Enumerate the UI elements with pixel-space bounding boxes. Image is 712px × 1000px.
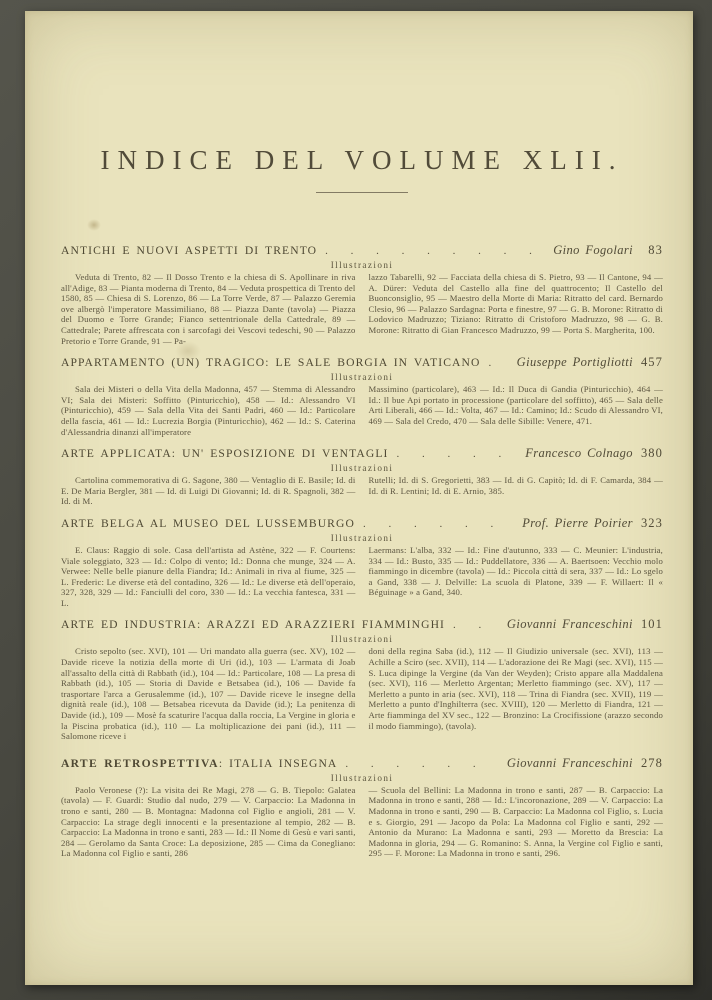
entry-author: Giovanni Franceschini [499,756,633,771]
entry-title: ARTE ED INDUSTRIA: ARAZZI ED ARAZZIERI F… [61,618,445,631]
entry-author: Giuseppe Portigliotti [509,355,633,370]
scanned-index-page: INDICE DEL VOLUME XLII. ANTICHI E NUOVI … [25,11,693,985]
illustrations-text: Sala dei Misteri o della Vita della Mado… [61,384,356,437]
illustrations-columns: E. Claus: Raggio di sole. Casa dell'arti… [61,545,663,609]
entry-page-number: 380 [633,446,663,461]
entry-author: Giovanni Franceschini [499,617,633,632]
illustrations-text: doni della regina Saba (id.), 112 — Il G… [369,646,664,731]
entry-page-number: 83 [633,243,663,258]
entry-title: : ITALIA INSEGNA [219,757,338,770]
illustrations-column-left: Veduta di Trento, 82 — Il Dosso Trento e… [61,272,356,346]
dot-leaders: . . . . . . . . . . . . . [317,245,545,257]
illustrations-label: Illustrazioni [61,533,663,543]
illustrations-column-left: Cartolina commemorativa di G. Sagone, 38… [61,475,356,507]
illustrations-columns: Paolo Veronese (?): La visita dei Re Mag… [61,785,663,859]
illustrations-label: Illustrazioni [61,260,663,270]
index-entry-arte-belga-lussemburgo: ARTE BELGA AL MUSEO DEL LUSSEMBURGO . . … [61,516,663,609]
illustrations-column-right: doni della regina Saba (id.), 112 — Il G… [369,646,664,741]
entry-heading-row: ANTICHI E NUOVI ASPETTI DI TRENTO . . . … [61,243,663,258]
illustrations-column-right: Rutelli; Id. di S. Gregorietti, 383 — Id… [369,475,664,507]
page-content: INDICE DEL VOLUME XLII. ANTICHI E NUOVI … [25,145,693,859]
index-entry-antichi-e-nuovi-aspetti: ANTICHI E NUOVI ASPETTI DI TRENTO . . . … [61,243,663,346]
illustrations-text: — Scuola del Bellini: La Madonna in tron… [369,785,664,859]
entry-page-number: 457 [633,355,663,370]
entry-title: ANTICHI E NUOVI ASPETTI DI TRENTO [61,244,317,257]
entry-heading-row: ARTE RETROSPETTIVA: ITALIA INSEGNA . . .… [61,756,663,771]
illustrations-text: Paolo Veronese (?): La visita dei Re Mag… [61,785,356,859]
dot-leaders: . . . . . . . . . . [337,758,499,770]
title-divider-rule [316,192,408,193]
entry-heading-row: ARTE BELGA AL MUSEO DEL LUSSEMBURGO . . … [61,516,663,531]
illustrations-columns: Cristo sepolto (sec. XVI), 101 — Uri man… [61,646,663,741]
illustrations-column-right: Massimino (particolare), 463 — Id.: Il D… [369,384,664,437]
entry-title: ARTE BELGA AL MUSEO DEL LUSSEMBURGO [61,517,355,530]
illustrations-text: lazzo Tabarelli, 92 — Facciata della chi… [369,272,664,336]
index-entry-arte-retrospettiva: ARTE RETROSPETTIVA: ITALIA INSEGNA . . .… [61,756,663,859]
index-sections: ANTICHI E NUOVI ASPETTI DI TRENTO . . . … [61,243,663,859]
illustrations-column-right: lazzo Tabarelli, 92 — Facciata della chi… [369,272,664,346]
illustrations-columns: Sala dei Misteri o della Vita della Mado… [61,384,663,437]
illustrations-label: Illustrazioni [61,372,663,382]
illustrations-text: Rutelli; Id. di S. Gregorietti, 383 — Id… [369,475,664,496]
illustrations-text: Cartolina commemorativa di G. Sagone, 38… [61,475,356,507]
paper-stain [87,219,101,231]
illustrations-column-left: Sala dei Misteri o della Vita della Mado… [61,384,356,437]
dot-leaders: . . . [445,619,499,631]
illustrations-text: E. Claus: Raggio di sole. Casa dell'arti… [61,545,356,609]
entry-heading-row: APPARTAMENTO (UN) TRAGICO: LE SALE BORGI… [61,355,663,370]
illustrations-column-left: E. Claus: Raggio di sole. Casa dell'arti… [61,545,356,609]
entry-page-number: 323 [633,516,663,531]
entry-author: Francesco Colnago [517,446,633,461]
entry-title: APPARTAMENTO (UN) TRAGICO: LE SALE BORGI… [61,356,480,369]
index-entry-appartamento-un-tragico: APPARTAMENTO (UN) TRAGICO: LE SALE BORGI… [61,355,663,437]
illustrations-column-right: — Scuola del Bellini: La Madonna in tron… [369,785,664,859]
dot-leaders: . . . . . . . . [355,518,514,530]
illustrations-label: Illustrazioni [61,634,663,644]
paper-stain [175,341,201,361]
illustrations-text: Veduta di Trento, 82 — Il Dosso Trento e… [61,272,356,346]
index-entry-arazzi-fiamminghi: ARTE ED INDUSTRIA: ARAZZI ED ARAZZIERI F… [61,617,663,741]
page-title: INDICE DEL VOLUME XLII. [61,145,663,176]
dot-leaders: . [480,357,508,369]
entry-author: Prof. Pierre Poirier [514,516,633,531]
illustrations-label: Illustrazioni [61,773,663,783]
illustrations-column-left: Cristo sepolto (sec. XVI), 101 — Uri man… [61,646,356,741]
illustrations-column-left: Paolo Veronese (?): La visita dei Re Mag… [61,785,356,859]
entry-heading-row: ARTE APPLICATA: UN' ESPOSIZIONE DI VENTA… [61,446,663,461]
entry-page-number: 278 [633,756,663,771]
dot-leaders: . . . . . . . [388,448,517,460]
illustrations-text: Massimino (particolare), 463 — Id.: Il D… [369,384,664,426]
illustrations-text: Laermans: L'alba, 332 — Id.: Fine d'autu… [369,545,664,598]
illustrations-text: Cristo sepolto (sec. XVI), 101 — Uri man… [61,646,356,741]
entry-heading-row: ARTE ED INDUSTRIA: ARAZZI ED ARAZZIERI F… [61,617,663,632]
entry-title-strong: ARTE RETROSPETTIVA [61,757,219,770]
illustrations-column-right: Laermans: L'alba, 332 — Id.: Fine d'autu… [369,545,664,609]
index-entry-arte-applicata-ventagli: ARTE APPLICATA: UN' ESPOSIZIONE DI VENTA… [61,446,663,507]
entry-page-number: 101 [633,617,663,632]
entry-title: ARTE APPLICATA: UN' ESPOSIZIONE DI VENTA… [61,447,388,460]
entry-author: Gino Fogolari [545,243,633,258]
illustrations-label: Illustrazioni [61,463,663,473]
illustrations-columns: Veduta di Trento, 82 — Il Dosso Trento e… [61,272,663,346]
illustrations-columns: Cartolina commemorativa di G. Sagone, 38… [61,475,663,507]
